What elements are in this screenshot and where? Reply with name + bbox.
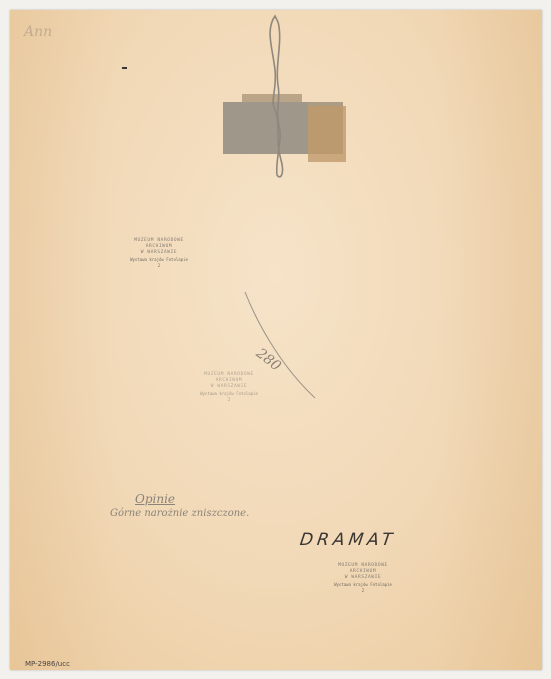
stamp-line: Wystawa krajów Fotolapie 2 — [332, 582, 394, 594]
museum-stamp: MUZEUM NARODOWE ARCHIWUM W WARSZAWIE Wys… — [198, 372, 260, 403]
ink-mark — [122, 67, 127, 69]
opinion-text: Górne narożnie zniszczone. — [110, 508, 249, 519]
stamp-line: Wystawa krajów Fotolapie 2 — [198, 391, 260, 403]
opinion-heading: Opinie — [135, 492, 175, 506]
stamp-line: W WARSZAWIE — [332, 575, 394, 581]
pencil-note-top-left: Ann — [24, 24, 52, 40]
artwork-back-sheet: Ann MUZEUM NARODOWE ARCHIWUM W WARSZAWIE… — [10, 10, 542, 670]
stamp-line: Wystawa krajów Fotolapie 2 — [128, 257, 190, 269]
stamp-line: W WARSZAWIE — [198, 384, 260, 390]
hanging-string-and-tape — [215, 10, 365, 185]
museum-stamp: MUZEUM NARODOWE ARCHIWUM W WARSZAWIE Wys… — [128, 238, 190, 269]
museum-stamp: MUZEUM NARODOWE ARCHIWUM W WARSZAWIE Wys… — [332, 563, 394, 594]
title-label: DRAMAT — [299, 530, 398, 550]
stamp-line: W WARSZAWIE — [128, 250, 190, 256]
inventory-number: MP-2986/ucc — [25, 660, 70, 668]
